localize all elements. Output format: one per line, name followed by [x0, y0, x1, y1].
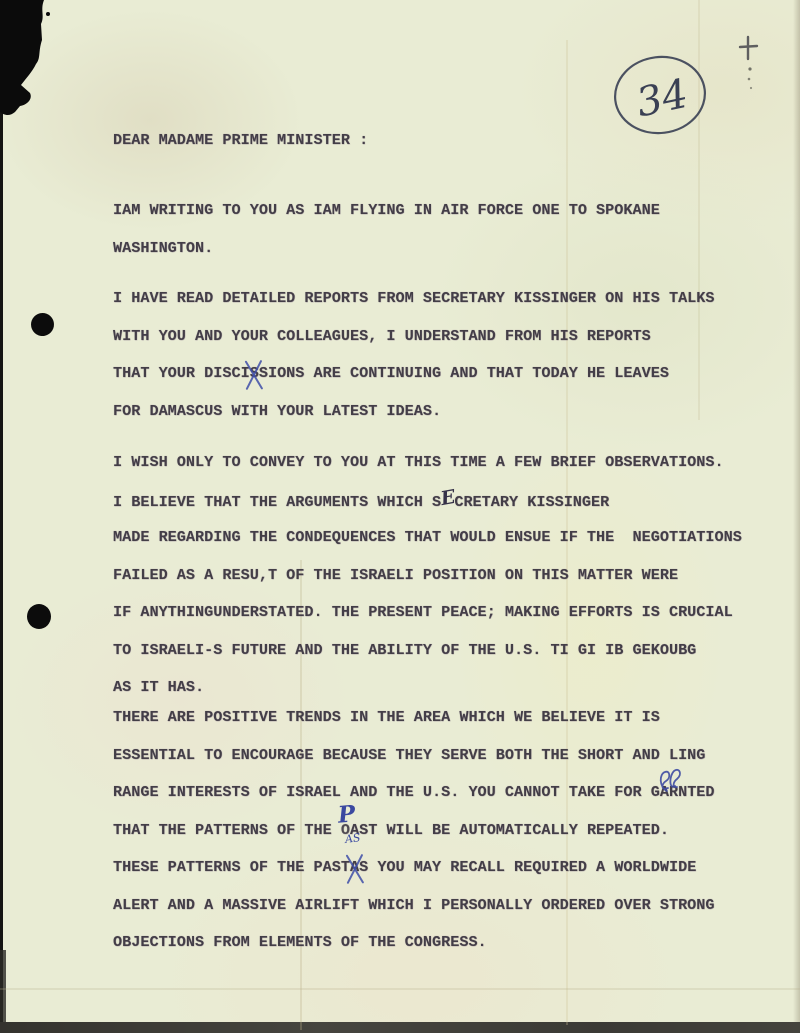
typed-text: SIONS ARE CONTINUING AND THAT TODAY HE L…	[259, 364, 669, 382]
scan-edge-band-bottom	[0, 1022, 800, 1033]
typed-line: IAM WRITING TO YOU AS IAM FLYING IN AIR …	[113, 192, 660, 230]
typed-text: I HAVE READ DETAILED REPORTS FROM SECRET…	[113, 289, 715, 307]
typed-text: THESE PATTERNS OF THE PAST	[113, 858, 350, 876]
handwritten-inserted-letter: E	[438, 479, 458, 518]
typed-line: IF ANYTHINGUNDERSTATED. THE PRESENT PEAC…	[113, 594, 742, 632]
typed-text: WITH YOU AND YOUR COLLEAGUES, I UNDERSTA…	[113, 327, 651, 345]
paragraph: THERE ARE POSITIVE TRENDS IN THE AREA WH…	[113, 699, 715, 962]
typed-text: THAT THE PATTERNS OF THE	[113, 821, 341, 839]
pen-x-strikethrough-char: AAS	[350, 849, 359, 887]
typed-text: ESSENTIAL TO ENCOURAGE BECAUSE THEY SERV…	[113, 746, 705, 764]
typed-line: THAT THE PATTERNS OF THE OPAST WILL BE A…	[113, 812, 715, 850]
handwritten-pen-letter: P	[337, 802, 356, 826]
typed-text: AST WILL BE AUTOMATICALLY REPEATED.	[350, 821, 669, 839]
typed-line: THESE PATTERNS OF THE PASTAASS YOU MAY R…	[113, 849, 715, 887]
typed-text: S YOU MAY RECALL REQUIRED A WORLDWIDE	[359, 858, 696, 876]
typed-text: IF ANYTHINGUNDERSTATED. THE PRESENT PEAC…	[113, 603, 733, 621]
typed-text: ALERT AND A MASSIVE AIRLIFT WHICH I PERS…	[113, 896, 715, 914]
typed-line: THERE ARE POSITIVE TRENDS IN THE AREA WH…	[113, 699, 715, 737]
typed-line: THAT YOUR DISCISSIONS ARE CONTINUING AND…	[113, 355, 715, 393]
hole-punch-bottom	[27, 604, 51, 629]
typed-text: I BELIEVE THAT THE ARGUMENTS WHICH S	[113, 493, 441, 511]
typed-text: OBJECTIONS FROM ELEMENTS OF THE CONGRESS…	[113, 933, 487, 951]
handwritten-insert-word: AS	[344, 832, 361, 845]
typed-text: RANGE INTERESTS OF ISRAEL AND THE U.S. Y…	[113, 783, 660, 801]
typed-line: ESSENTIAL TO ENCOURAGE BECAUSE THEY SERV…	[113, 737, 715, 775]
typed-text: IAM WRITING TO YOU AS IAM FLYING IN AIR …	[113, 201, 660, 219]
paragraph: DEAR MADAME PRIME MINISTER :	[113, 122, 368, 160]
typed-line: WASHINGTON.	[113, 230, 660, 268]
circled-page-number-text: 34	[633, 71, 692, 127]
paragraph: I WISH ONLY TO CONVEY TO YOU AT THIS TIM…	[113, 444, 742, 707]
paragraph: I HAVE READ DETAILED REPORTS FROM SECRET…	[113, 280, 715, 430]
typed-line: I BELIEVE THAT THE ARGUMENTS WHICH SECRE…	[113, 482, 742, 520]
paragraph: IAM WRITING TO YOU AS IAM FLYING IN AIR …	[113, 192, 660, 267]
scan-edge-line-left	[0, 0, 3, 1033]
hole-punch-top	[29, 311, 56, 338]
typed-text: CRETARY KISSINGER	[454, 493, 609, 511]
typed-line: RANGE INTERESTS OF ISRAEL AND THE U.S. Y…	[113, 774, 715, 812]
typed-text: DEAR MADAME PRIME MINISTER :	[113, 131, 368, 149]
typed-line: DEAR MADAME PRIME MINISTER :	[113, 122, 368, 160]
typed-line: FOR DAMASCUS WITH YOUR LATEST IDEAS.	[113, 393, 715, 431]
scanned-letter-page: 34 DEAR MADAME PRIME MINISTER :IAM WRITI…	[0, 0, 800, 1033]
scan-edge-shadow-right	[793, 0, 800, 1033]
typed-line: I HAVE READ DETAILED REPORTS FROM SECRET…	[113, 280, 715, 318]
typed-text: I WISH ONLY TO CONVEY TO YOU AT THIS TIM…	[113, 453, 724, 471]
typed-text: WASHINGTON.	[113, 239, 213, 257]
paper-crease	[0, 988, 800, 990]
typed-text: FOR DAMASCUS WITH YOUR LATEST IDEAS.	[113, 402, 441, 420]
typed-line: MADE REGARDING THE CONDEQUENCES THAT WOU…	[113, 519, 742, 557]
pen-x-strikethrough-char: S	[250, 355, 259, 393]
typed-text: AS IT HAS.	[113, 678, 204, 696]
ink-smudge-mark	[736, 34, 766, 96]
typed-text: THAT YOUR DISCI	[113, 364, 250, 382]
scan-artifact-corner	[0, 0, 60, 125]
typed-line: WITH YOU AND YOUR COLLEAGUES, I UNDERSTA…	[113, 318, 715, 356]
typed-text-with-pen-loop: AR	[660, 774, 678, 812]
typed-text: FAILED AS A RESU,T OF THE ISRAELI POSITI…	[113, 566, 678, 584]
typed-line: FAILED AS A RESU,T OF THE ISRAELI POSITI…	[113, 557, 742, 595]
typed-text: MADE REGARDING THE CONDEQUENCES THAT WOU…	[113, 528, 742, 546]
circled-page-number: 34	[598, 48, 728, 148]
typed-text: TO ISRAELI-S FUTURE AND THE ABILITY OF T…	[113, 641, 696, 659]
typed-line: ALERT AND A MASSIVE AIRLIFT WHICH I PERS…	[113, 887, 715, 925]
pen-loop-mark	[657, 760, 685, 796]
typed-line: OBJECTIONS FROM ELEMENTS OF THE CONGRESS…	[113, 924, 715, 962]
typed-text: THERE ARE POSITIVE TRENDS IN THE AREA WH…	[113, 708, 660, 726]
scan-edge-shadow-left	[0, 950, 6, 1033]
typed-line: I WISH ONLY TO CONVEY TO YOU AT THIS TIM…	[113, 444, 742, 482]
typed-line: TO ISRAELI-S FUTURE AND THE ABILITY OF T…	[113, 632, 742, 670]
